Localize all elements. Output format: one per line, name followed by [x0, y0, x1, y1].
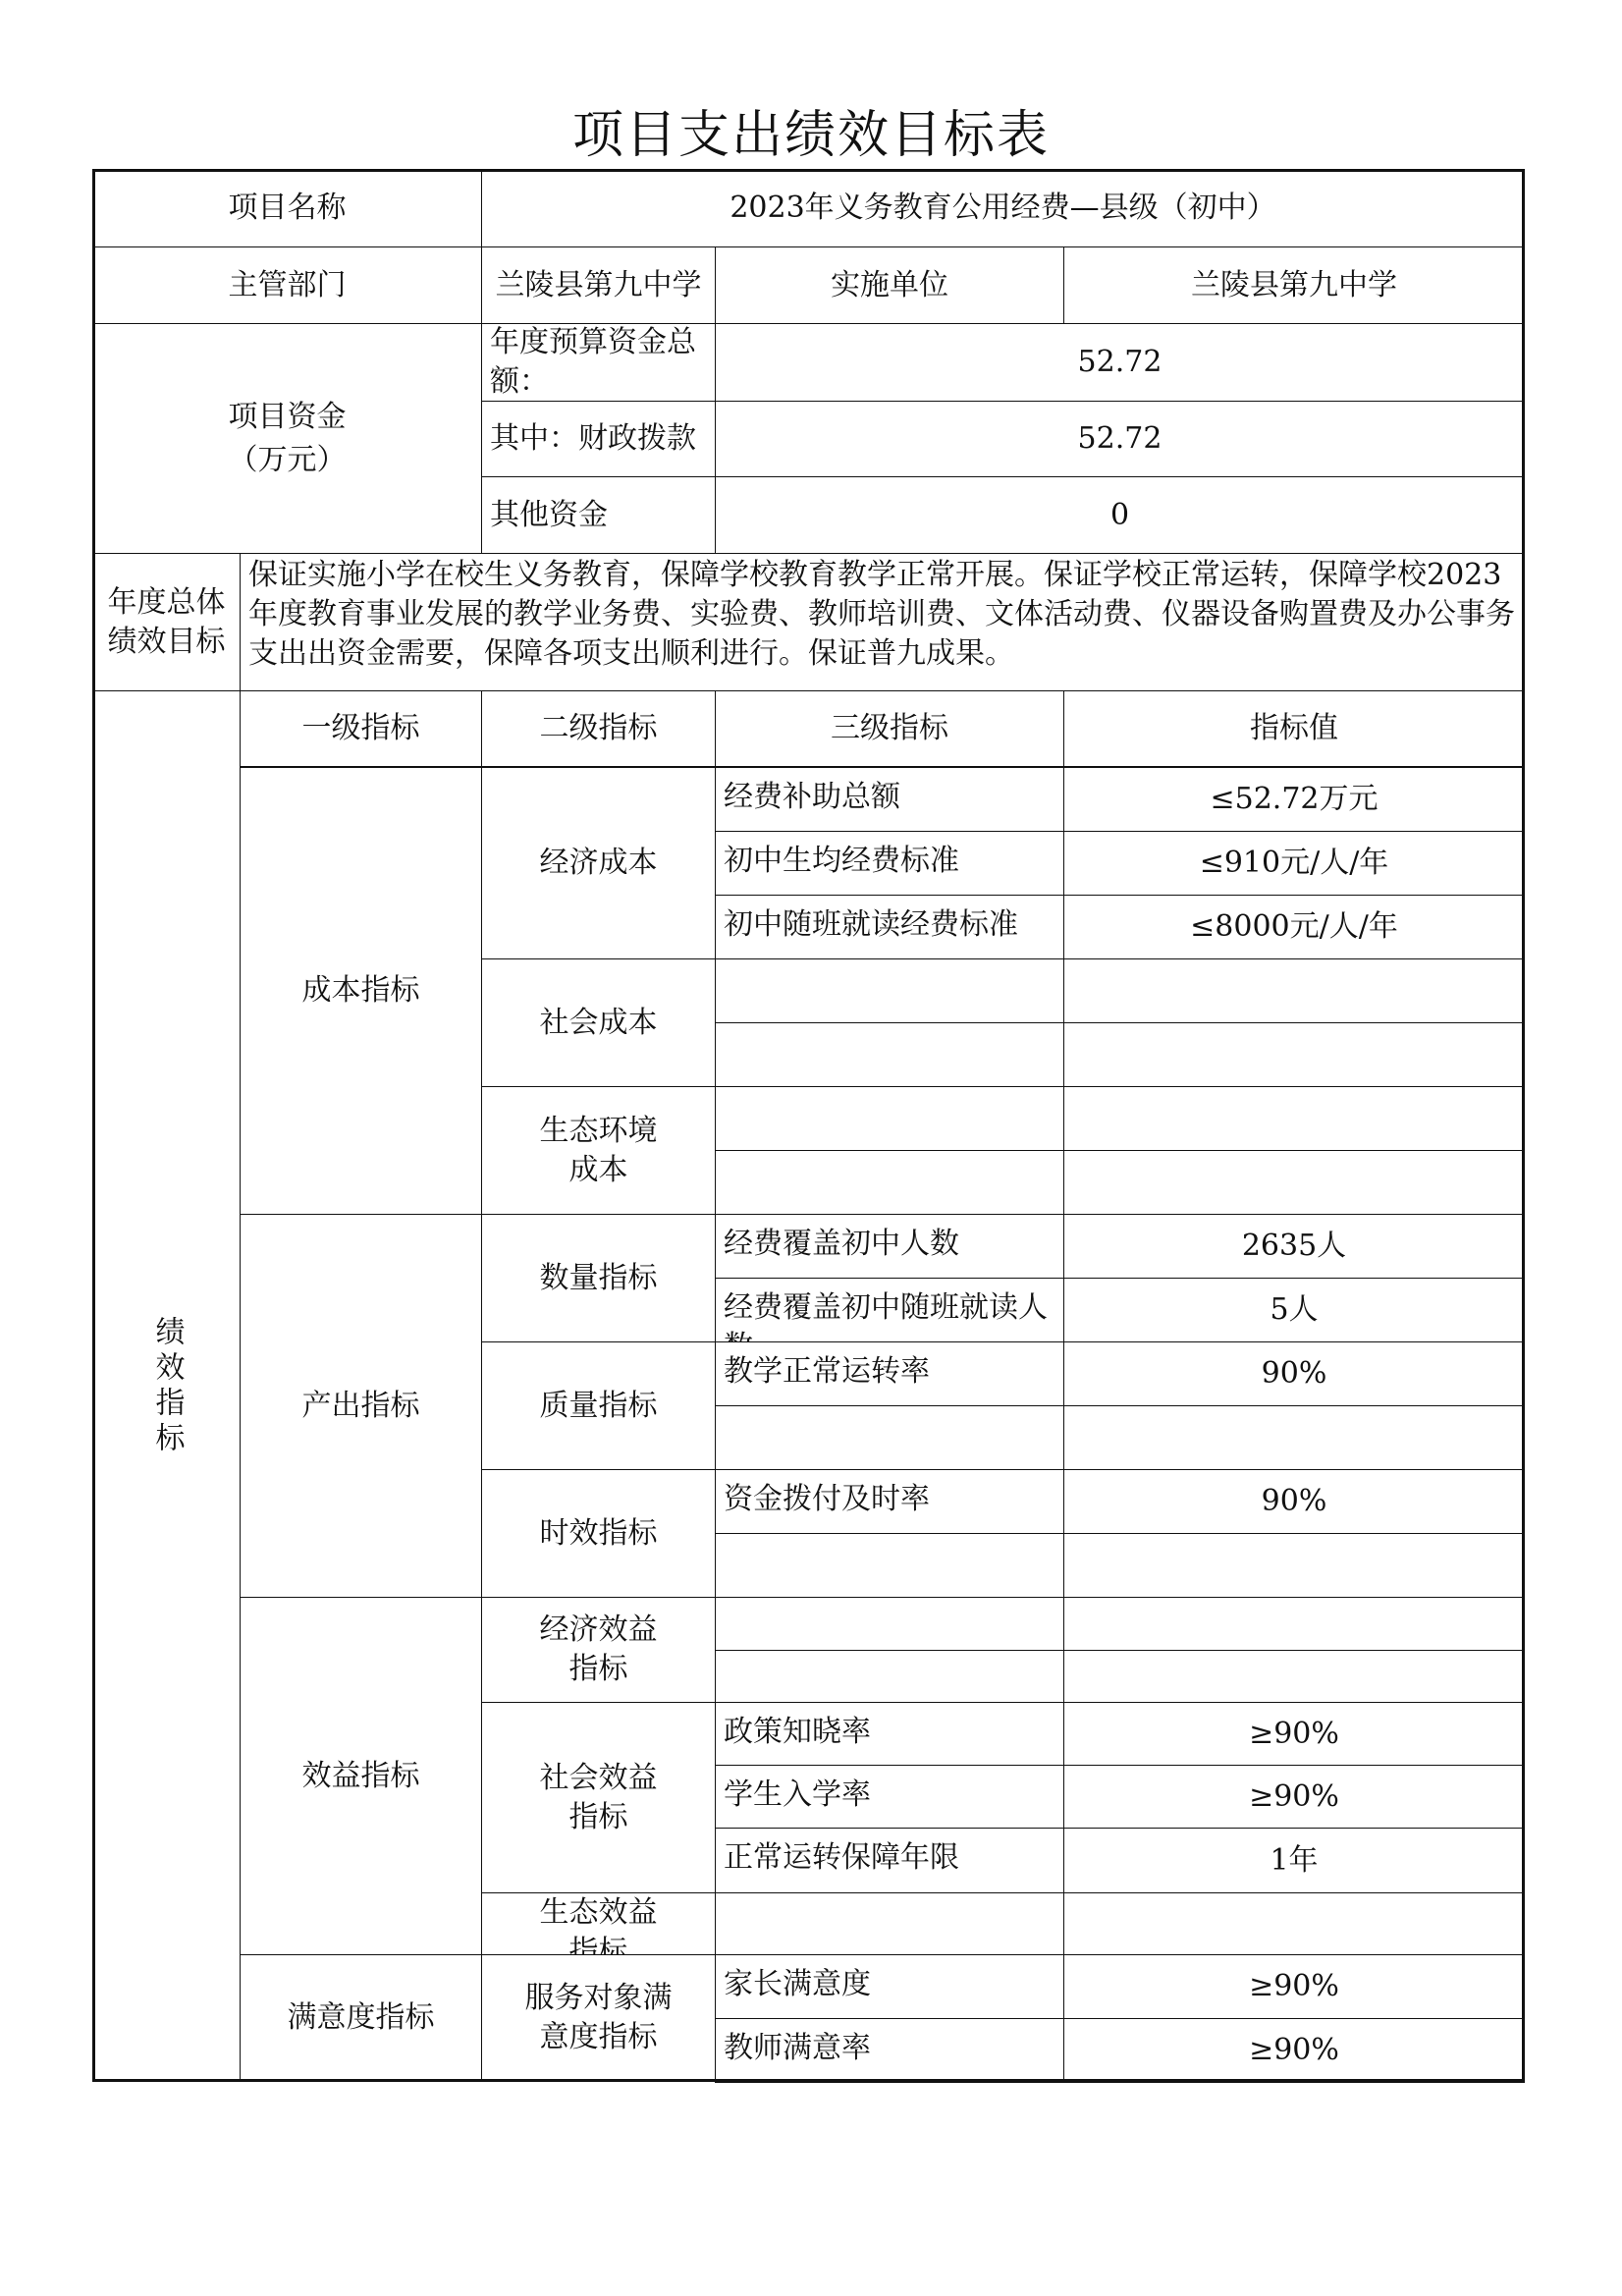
level2-timeliness-text: 时效指标 — [540, 1514, 658, 1554]
indicator-name: 经费覆盖初中人数 — [724, 1225, 959, 1264]
header-value-text: 指标值 — [1250, 709, 1338, 748]
indicator-name-cell: 正常运转保障年限 — [715, 1828, 1064, 1893]
indicator-value-cell: 1年 — [1063, 1828, 1525, 1893]
impl-value-text: 兰陵县第九中学 — [1191, 266, 1397, 305]
funds-total-label: 年度预算资金总额： — [490, 323, 709, 402]
indicator-name-cell — [715, 1022, 1064, 1087]
indicator-value-cell — [1063, 1022, 1525, 1087]
indicator-name-cell — [715, 1086, 1064, 1151]
indicator-value: ≥90% — [1249, 1777, 1339, 1817]
indicator-value: ≤8000元/人/年 — [1190, 907, 1398, 947]
level2-quality: 质量指标 — [481, 1341, 716, 1470]
project-name-value: 2023年义务教育公用经费—县级（初中） — [481, 169, 1525, 247]
objective-label: 年度总体绩效目标 — [92, 553, 241, 691]
funds-label-line1: 项目资金 — [229, 396, 347, 439]
indicator-value-cell — [1063, 958, 1525, 1023]
level2-eco-cost: 生态环境成本 — [481, 1086, 716, 1215]
indicator-name: 家长满意度 — [724, 1965, 871, 2004]
indicator-name: 资金拨付及时率 — [724, 1480, 930, 1519]
indicator-name: 教学正常运转率 — [724, 1352, 930, 1392]
indicators-section-label-text: 绩效指标 — [147, 1316, 187, 1457]
level2-social-benefit: 社会效益指标 — [481, 1702, 716, 1893]
indicator-name-cell — [715, 1533, 1064, 1598]
dept-label-text: 主管部门 — [229, 266, 347, 305]
indicator-name-cell — [715, 1150, 1064, 1215]
indicator-value: ≤910元/人/年 — [1200, 844, 1389, 883]
indicator-name-cell: 经费补助总额 — [715, 767, 1064, 832]
level1-cost: 成本指标 — [240, 767, 482, 1215]
impl-value: 兰陵县第九中学 — [1063, 246, 1525, 324]
indicator-value-cell: 90% — [1063, 1469, 1525, 1534]
funds-row-value: 0 — [715, 476, 1525, 554]
level1-output-text: 产出指标 — [302, 1387, 420, 1426]
funds-total-value: 52.72 — [1078, 343, 1162, 382]
indicator-value-cell: ≤8000元/人/年 — [1063, 895, 1525, 959]
level1-satisfaction: 满意度指标 — [240, 1954, 482, 2082]
indicator-value: 5人 — [1270, 1290, 1318, 1330]
funds-fiscal-label: 其中：财政拨款 — [490, 419, 696, 459]
indicator-value-cell: ≤910元/人/年 — [1063, 831, 1525, 896]
indicator-value: ≥90% — [1249, 2031, 1339, 2070]
indicator-value: 90% — [1262, 1354, 1327, 1394]
funds-row-label: 年度预算资金总额： — [481, 323, 716, 402]
level2-social-benefit-text: 社会效益指标 — [531, 1759, 666, 1837]
indicator-name-cell — [715, 1405, 1064, 1470]
indicator-name: 初中随班就读经费标准 — [724, 905, 1018, 945]
indicator-name: 经费覆盖初中随班就读人数 — [724, 1288, 1057, 1342]
indicator-value: ≥90% — [1249, 1715, 1339, 1754]
dept-label: 主管部门 — [92, 246, 482, 324]
dept-value-text: 兰陵县第九中学 — [496, 266, 702, 305]
indicator-value-cell — [1063, 1597, 1525, 1651]
page-title: 项目支出绩效目标表 — [0, 103, 1622, 168]
indicator-value-cell — [1063, 1086, 1525, 1151]
level2-economic-benefit: 经济效益指标 — [481, 1597, 716, 1703]
level2-eco-benefit-text: 生态效益指标 — [531, 1893, 666, 1955]
funds-label: 项目资金 （万元） — [92, 323, 482, 554]
indicator-name-cell: 教师满意率 — [715, 2018, 1064, 2083]
indicator-name-cell: 学生入学率 — [715, 1765, 1064, 1829]
funds-row-value: 52.72 — [715, 401, 1525, 477]
level2-social-cost-text: 社会成本 — [540, 1004, 658, 1043]
level1-benefit: 效益指标 — [240, 1597, 482, 1955]
funds-row-value: 52.72 — [715, 323, 1525, 402]
funds-other-value: 0 — [1110, 496, 1129, 535]
indicator-name-cell: 经费覆盖初中随班就读人数 — [715, 1278, 1064, 1342]
level2-social-cost: 社会成本 — [481, 958, 716, 1087]
funds-row-label: 其他资金 — [481, 476, 716, 554]
indicator-value-cell: 90% — [1063, 1341, 1525, 1406]
indicator-name-cell: 初中生均经费标准 — [715, 831, 1064, 896]
indicator-value-cell: ≥90% — [1063, 2018, 1525, 2083]
funds-fiscal-value: 52.72 — [1078, 419, 1162, 459]
indicator-value-cell: 2635人 — [1063, 1214, 1525, 1279]
indicator-value: 2635人 — [1242, 1227, 1346, 1266]
objective-text: 保证实施小学在校生义务教育，保障学校教育教学正常开展。保证学校正常运转，保障学校… — [240, 553, 1525, 691]
indicators-section-label: 绩效指标 — [92, 690, 241, 2082]
level2-quality-text: 质量指标 — [540, 1387, 658, 1426]
indicator-name-cell: 初中随班就读经费标准 — [715, 895, 1064, 959]
indicator-name-cell — [715, 958, 1064, 1023]
level2-timeliness: 时效指标 — [481, 1469, 716, 1598]
indicator-value-cell — [1063, 1533, 1525, 1598]
impl-label: 实施单位 — [715, 246, 1064, 324]
level2-eco-benefit: 生态效益指标 — [481, 1892, 716, 1955]
indicator-name: 政策知晓率 — [724, 1713, 871, 1752]
indicator-name: 学生入学率 — [724, 1776, 871, 1815]
project-name-label: 项目名称 — [92, 169, 482, 247]
header-level1-text: 一级指标 — [302, 709, 420, 748]
level2-eco-cost-text: 生态环境成本 — [531, 1112, 666, 1190]
header-level2-text: 二级指标 — [540, 709, 658, 748]
header-level3: 三级指标 — [715, 690, 1064, 767]
indicator-name-cell: 家长满意度 — [715, 1954, 1064, 2019]
header-level2: 二级指标 — [481, 690, 716, 767]
funds-row-label: 其中：财政拨款 — [481, 401, 716, 477]
indicator-value-cell: ≤52.72万元 — [1063, 767, 1525, 832]
level1-output: 产出指标 — [240, 1214, 482, 1598]
indicator-name-cell: 教学正常运转率 — [715, 1341, 1064, 1406]
project-name-label-text: 项目名称 — [229, 189, 347, 228]
level2-service-satisfaction-text: 服务对象满意度指标 — [512, 1979, 685, 2057]
level2-quantity: 数量指标 — [481, 1214, 716, 1342]
indicator-name-cell — [715, 1892, 1064, 1955]
funds-label-line2: （万元） — [229, 439, 347, 482]
project-name-value-text: 2023年义务教育公用经费—县级（初中） — [730, 189, 1275, 228]
indicator-value-cell — [1063, 1150, 1525, 1215]
header-level1: 一级指标 — [240, 690, 482, 767]
indicator-name-cell — [715, 1597, 1064, 1651]
indicator-value: ≥90% — [1249, 1967, 1339, 2006]
indicator-name: 经费补助总额 — [724, 778, 900, 817]
indicator-name-cell: 资金拨付及时率 — [715, 1469, 1064, 1534]
header-level3-text: 三级指标 — [831, 709, 948, 748]
level1-satisfaction-text: 满意度指标 — [288, 1998, 435, 2038]
indicator-value-cell — [1063, 1405, 1525, 1470]
indicator-value: 90% — [1262, 1482, 1327, 1521]
indicator-value: 1年 — [1270, 1841, 1318, 1881]
funds-other-label: 其他资金 — [490, 496, 608, 535]
indicator-name: 正常运转保障年限 — [724, 1838, 959, 1878]
header-value: 指标值 — [1063, 690, 1525, 767]
level2-economic-benefit-text: 经济效益指标 — [531, 1611, 666, 1689]
indicator-name-cell: 经费覆盖初中人数 — [715, 1214, 1064, 1279]
level1-cost-text: 成本指标 — [302, 971, 420, 1011]
level2-quantity-text: 数量指标 — [540, 1259, 658, 1298]
indicator-value-cell: 5人 — [1063, 1278, 1525, 1342]
level1-benefit-text: 效益指标 — [302, 1757, 420, 1796]
objective-text-body: 保证实施小学在校生义务教育，保障学校教育教学正常开展。保证学校正常运转，保障学校… — [248, 556, 1516, 674]
indicator-value-cell — [1063, 1650, 1525, 1703]
indicator-value-cell: ≥90% — [1063, 1765, 1525, 1829]
indicator-name-cell: 政策知晓率 — [715, 1702, 1064, 1766]
level2-economic-cost-text: 经济成本 — [540, 844, 658, 883]
indicator-name-cell — [715, 1650, 1064, 1703]
indicator-name: 教师满意率 — [724, 2029, 871, 2068]
indicator-value-cell: ≥90% — [1063, 1954, 1525, 2019]
level2-service-satisfaction: 服务对象满意度指标 — [481, 1954, 716, 2082]
indicator-value: ≤52.72万元 — [1210, 780, 1378, 819]
dept-value: 兰陵县第九中学 — [481, 246, 716, 324]
indicator-value-cell: ≥90% — [1063, 1702, 1525, 1766]
level2-economic-cost: 经济成本 — [481, 767, 716, 959]
objective-label-text: 年度总体绩效目标 — [95, 583, 238, 662]
indicator-value-cell — [1063, 1892, 1525, 1955]
impl-label-text: 实施单位 — [831, 266, 948, 305]
indicator-name: 初中生均经费标准 — [724, 842, 959, 881]
